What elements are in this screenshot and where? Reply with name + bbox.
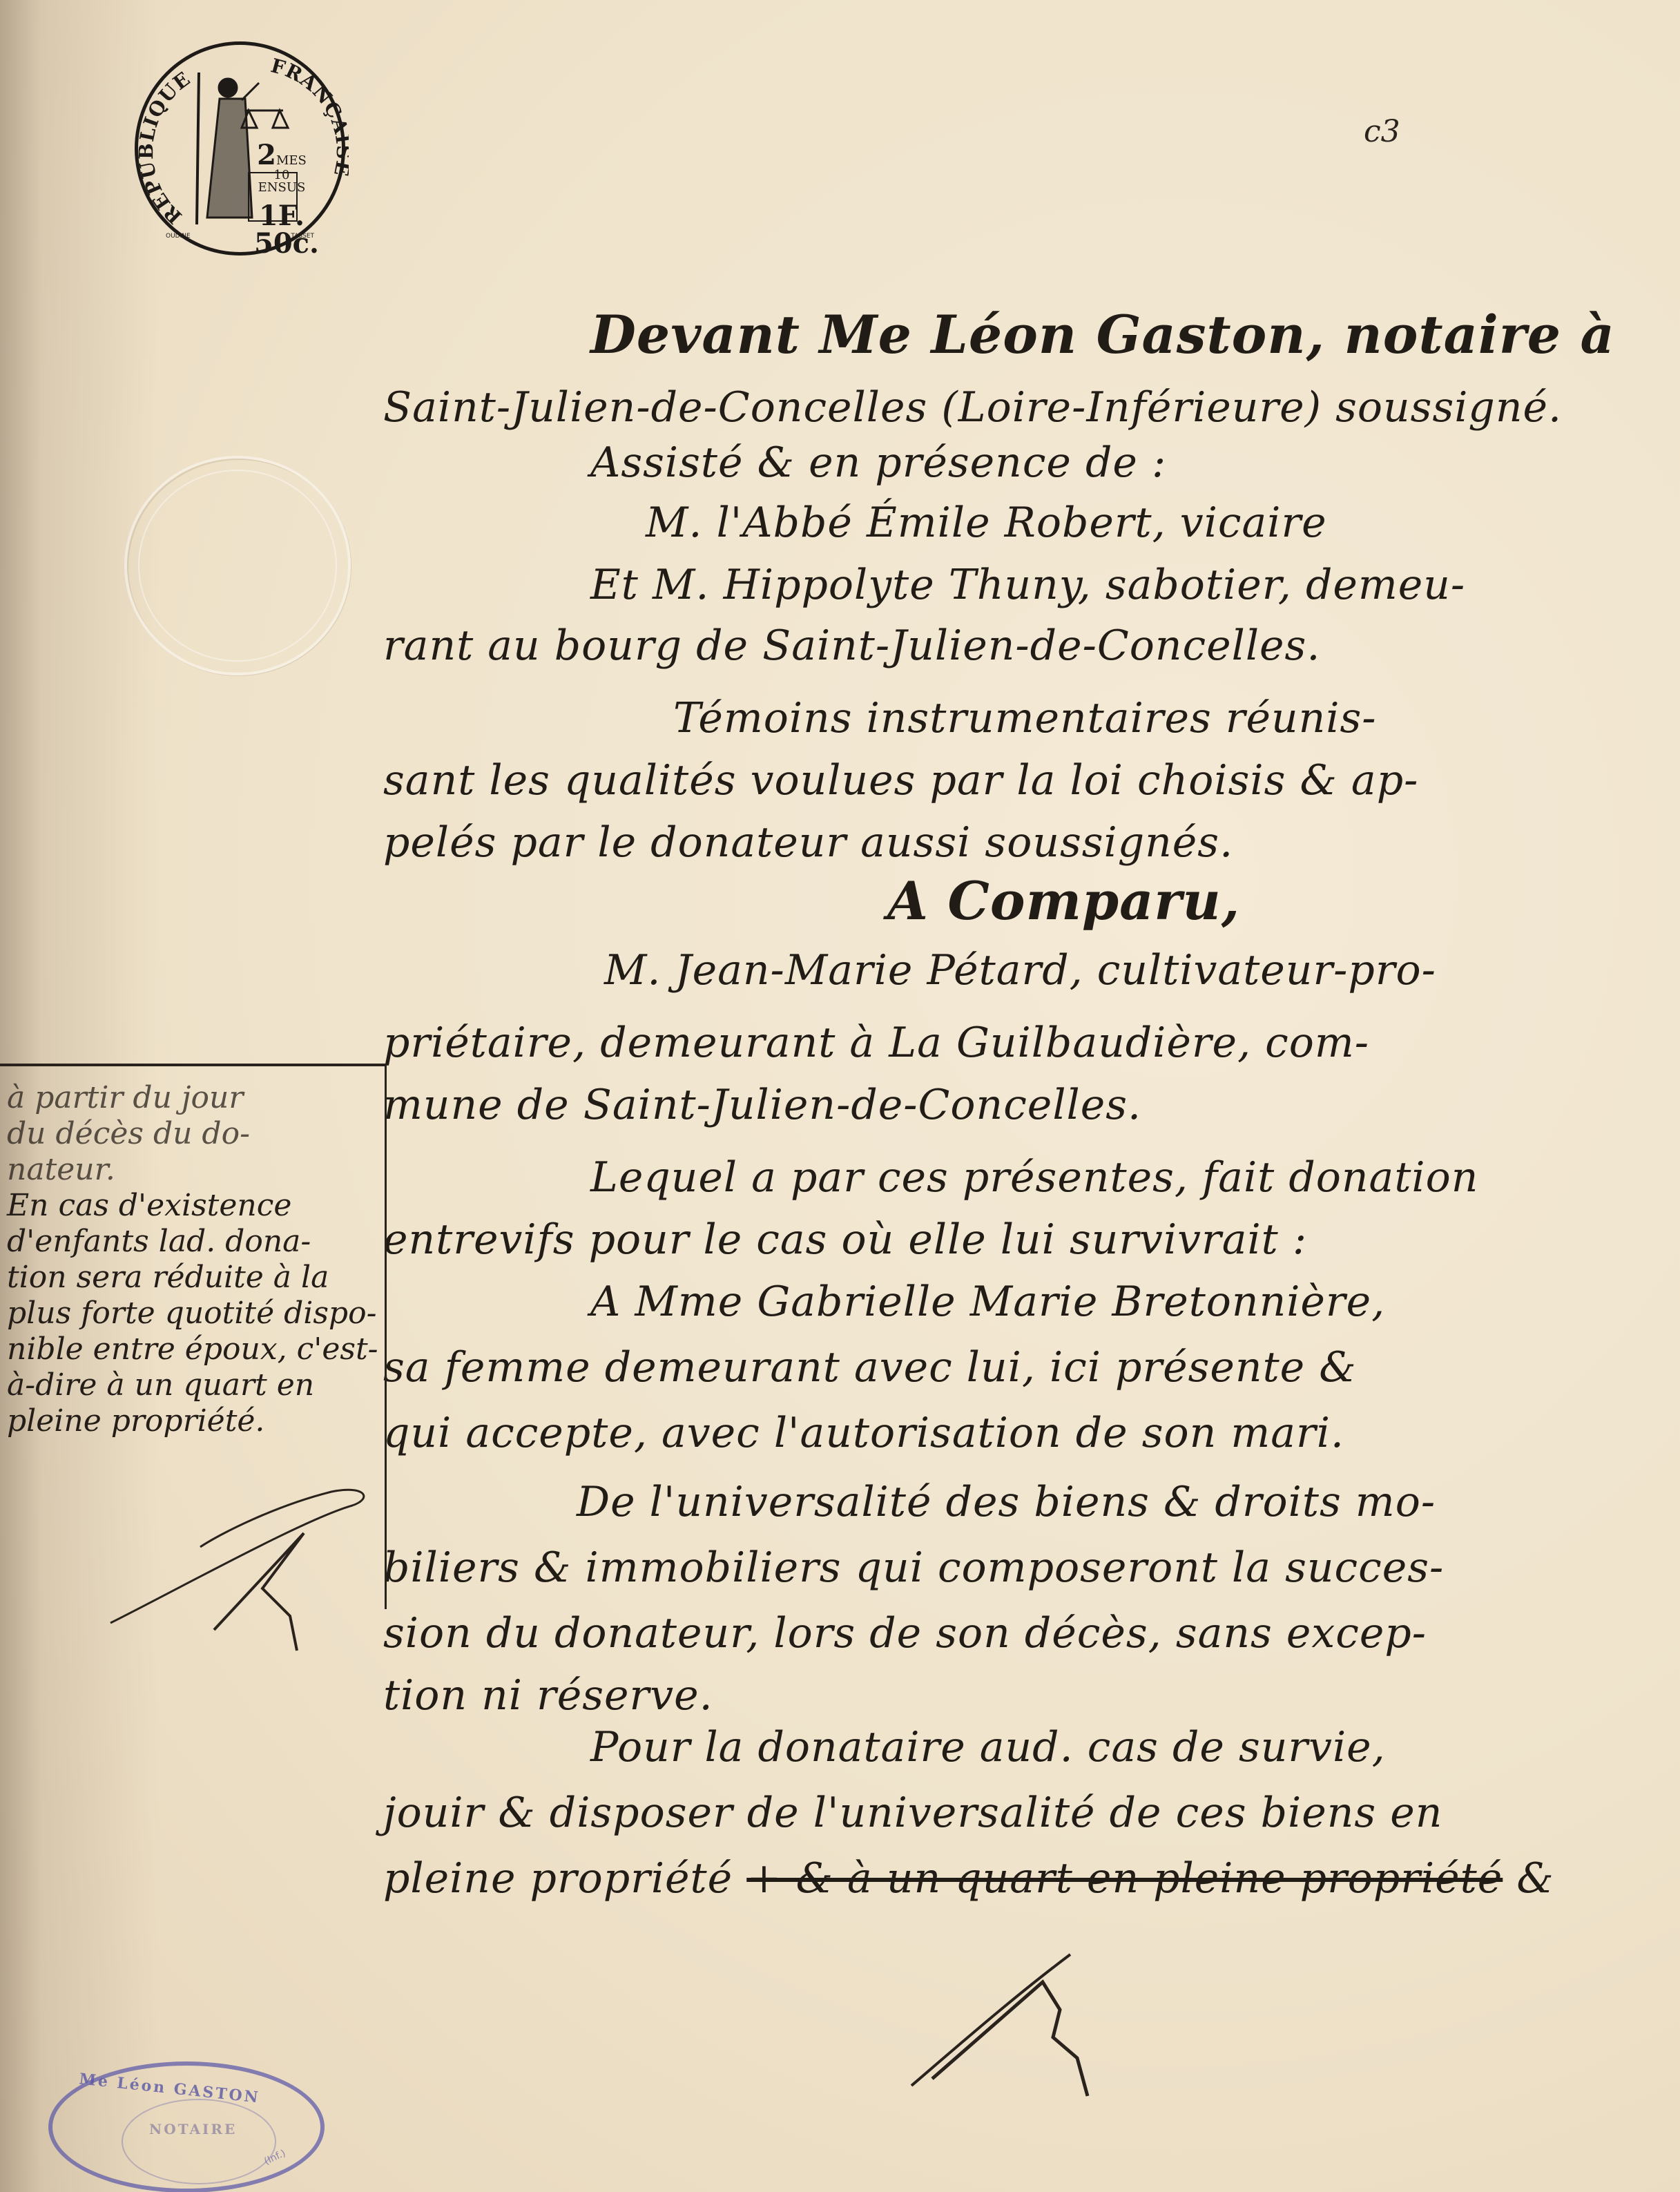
deed-heading: A Comparu, bbox=[887, 870, 1240, 932]
deed-line: Lequel a par ces présentes, fait donatio… bbox=[590, 1153, 1478, 1202]
deed-line: sant les qualités voulues par la loi cho… bbox=[383, 756, 1418, 805]
deed-line: qui accepte, avec l'autorisation de son … bbox=[383, 1409, 1344, 1457]
deed-line: mune de Saint-Julien-de-Concelles. bbox=[383, 1081, 1141, 1129]
margin-line: du décès du do- bbox=[7, 1116, 380, 1152]
deed-line: priétaire, demeurant à La Guilbaudière, … bbox=[383, 1019, 1369, 1067]
deed-line: tion ni réserve. bbox=[383, 1671, 713, 1720]
deed-line: Assisté & en présence de : bbox=[590, 439, 1166, 487]
revenue-stamp: REPUBLIQUE FRANÇAISE 2MES 10 ENSUS 1F. 5… bbox=[135, 41, 345, 256]
page-mark: c3 bbox=[1364, 114, 1400, 149]
deed-line: M. Jean-Marie Pétard, cultivateur-pro- bbox=[604, 946, 1436, 994]
margin-note: à partir du jour du décès du do- nateur.… bbox=[7, 1080, 380, 1439]
margin-line: En cas d'existence bbox=[7, 1188, 380, 1224]
svg-text:REPUBLIQUE: REPUBLIQUE bbox=[138, 67, 195, 228]
deed-line: M. l'Abbé Émile Robert, vicaire bbox=[646, 499, 1327, 547]
margin-line: à-dire à un quart en bbox=[7, 1367, 380, 1403]
deed-line: jouir & disposer de l'universalité de ce… bbox=[383, 1789, 1442, 1837]
deed-line: rant au bourg de Saint-Julien-de-Concell… bbox=[383, 622, 1320, 670]
bottom-initials-signature bbox=[905, 1941, 1132, 2120]
deed-line: entrevifs pour le cas où elle lui surviv… bbox=[383, 1215, 1307, 1264]
notary-stamp-inner-ring bbox=[122, 2099, 276, 2184]
deed-line-with-deletion: pleine propriété + & à un quart en plein… bbox=[383, 1854, 1554, 1903]
margin-line: nible entre époux, c'est- bbox=[7, 1331, 380, 1367]
margin-initials-signature bbox=[97, 1478, 373, 1657]
margin-line: plus forte quotité dispo- bbox=[7, 1296, 380, 1331]
embossed-seal bbox=[124, 456, 351, 675]
deed-line: biliers & immobiliers qui composeront la… bbox=[383, 1544, 1444, 1592]
stamp-engravers: OUDINE TASSET bbox=[166, 233, 314, 240]
margin-line: tion sera réduite à la bbox=[7, 1260, 380, 1296]
margin-line: à partir du jour bbox=[7, 1080, 380, 1116]
deed-line: De l'universalité des biens & droits mo- bbox=[577, 1478, 1436, 1526]
deed-line: Et M. Hippolyte Thuny, sabotier, demeu- bbox=[590, 561, 1465, 609]
margin-line: d'enfants lad. dona- bbox=[7, 1224, 380, 1260]
deed-line: A Mme Gabrielle Marie Bretonnière, bbox=[590, 1278, 1385, 1326]
deed-line: sion du donateur, lors de son décès, san… bbox=[383, 1609, 1427, 1657]
deed-line: Pour la donataire aud. cas de survie, bbox=[590, 1723, 1386, 1771]
deed-line: Devant Me Léon Gaston, notaire à bbox=[590, 304, 1615, 365]
stamp-denomination: 2MES 10 ENSUS 1F. 50c. bbox=[254, 142, 309, 258]
margin-line: pleine propriété. bbox=[7, 1403, 380, 1439]
embossed-seal-inner-ring bbox=[138, 470, 337, 662]
deed-line: sa femme demeurant avec lui, ici présent… bbox=[383, 1343, 1357, 1392]
deed-line: pelés par le donateur aussi soussignés. bbox=[383, 818, 1233, 867]
notary-ink-stamp: Me Léon GASTON NOTAIRE (Inf.) bbox=[48, 2061, 325, 2192]
struck-text: + & à un quart en pleine propriété bbox=[746, 1854, 1503, 1903]
margin-line: nateur. bbox=[7, 1152, 380, 1188]
deed-line: Témoins instrumentaires réunis- bbox=[673, 694, 1377, 742]
deed-line: Saint-Julien-de-Concelles (Loire-Inférie… bbox=[383, 383, 1562, 432]
